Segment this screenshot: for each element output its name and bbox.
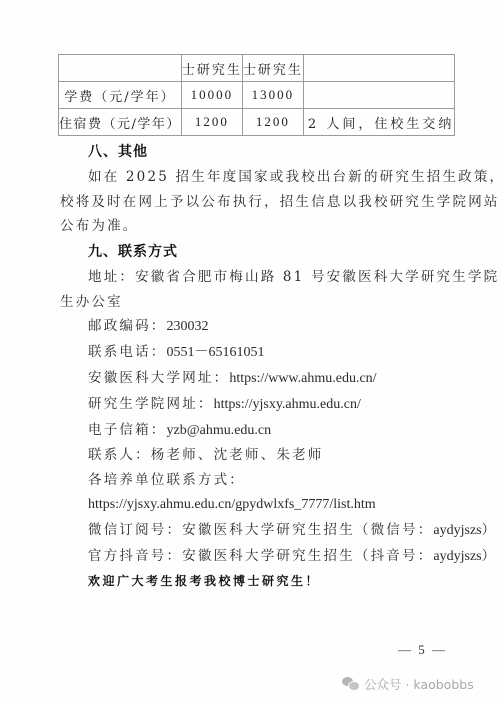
tuition-value-1: 10000 [181,82,242,109]
phone-line: 联系电话：0551－65161051 [60,340,450,366]
units-label: 各培养单位联系方式： [60,468,450,493]
wechat-line: 微信订阅号：安徽医科大学研究生招生（微信号：aydyjszs） [60,518,450,544]
grad-school-site-line: 研究生学院网址：https://yjsxy.ahmu.edu.cn/ [60,392,450,418]
email-line: 电子信箱：yzb@ahmu.edu.cn [60,418,450,444]
paragraph-line: 公布为准。 [60,214,450,239]
table-header-cell: 士研究生 [242,55,303,82]
row-label-housing: 住宿费（元/学年） [59,109,182,136]
welcome-message: 欢迎广大考生报考我校博士研究生！ [60,569,450,594]
watermark-text: 公众号 · kaobobbs [364,675,474,693]
grad-school-site-link[interactable]: https://yjsxy.ahmu.edu.cn/ [214,397,361,412]
university-site-link[interactable]: https://www.ahmu.edu.cn/ [229,371,376,386]
postal-code-line: 邮政编码：230032 [60,314,450,340]
university-site-line: 安徽医科大学网址：https://www.ahmu.edu.cn/ [60,366,450,392]
university-site-label: 安徽医科大学网址： [88,370,229,386]
douyin-label: 官方抖音号：安徽医科大学研究生招生（抖音号： [88,548,433,564]
contacts-line: 联系人：杨老师、沈老师、朱老师 [60,443,450,468]
table-header-row: 士研究生 士研究生 [59,55,455,82]
units-link[interactable]: https://yjsxy.ahmu.edu.cn/gpydwlxfs_7777… [60,493,450,518]
table-row: 学费（元/学年） 10000 13000 [59,82,455,109]
section-heading: 九、联系方式 [60,240,450,265]
section-heading: 八、其他 [60,140,450,165]
closing-paren: ） [482,548,498,564]
wechat-id: aydyjszs [433,523,481,538]
table-header-cell [303,55,454,82]
section-contact: 九、联系方式 地址：安徽省合肥市梅山路 81 号安徽医科大学研究生学院招 生办公… [60,240,450,594]
address-line: 生办公室 [60,290,450,315]
wechat-label: 微信订阅号：安徽医科大学研究生招生（微信号： [88,522,433,538]
paragraph-line: 如在 2025 招生年度国家或我校出台新的研究生招生政策，我 [60,165,450,190]
postal-label: 邮政编码： [88,318,167,334]
tuition-note [303,82,454,109]
douyin-id: aydyjszs [433,549,481,564]
watermark: 公众号 · kaobobbs [342,675,474,693]
table-header-cell: 士研究生 [181,55,242,82]
table-header-cell [59,55,182,82]
housing-note: 2 人间，住校生交纳 [303,109,454,136]
email-label: 电子信箱： [88,422,167,438]
row-label-tuition: 学费（元/学年） [59,82,182,109]
housing-value-1: 1200 [181,109,242,136]
phone-number: 0551－65161051 [167,345,265,360]
page-number: — 5 — [398,642,447,658]
phone-label: 联系电话： [88,344,167,360]
paragraph-line: 校将及时在网上予以公布执行，招生信息以我校研究生学院网站 [60,190,450,215]
closing-paren: ） [482,522,498,538]
wechat-icon [342,677,360,691]
address-line: 地址：安徽省合肥市梅山路 81 号安徽医科大学研究生学院招 [60,265,450,290]
grad-school-site-label: 研究生学院网址： [88,396,214,412]
table-row: 住宿费（元/学年） 1200 1200 2 人间，住校生交纳 [59,109,455,136]
fee-table: 士研究生 士研究生 学费（元/学年） 10000 13000 住宿费（元/学年）… [58,54,455,136]
housing-value-2: 1200 [242,109,303,136]
douyin-line: 官方抖音号：安徽医科大学研究生招生（抖音号：aydyjszs） [60,544,450,570]
tuition-value-2: 13000 [242,82,303,109]
email-link[interactable]: yzb@ahmu.edu.cn [167,423,272,438]
document-page: 士研究生 士研究生 学费（元/学年） 10000 13000 住宿费（元/学年）… [0,0,500,707]
section-other: 八、其他 如在 2025 招生年度国家或我校出台新的研究生招生政策，我 校将及时… [60,140,450,239]
postal-code: 230032 [167,319,209,334]
